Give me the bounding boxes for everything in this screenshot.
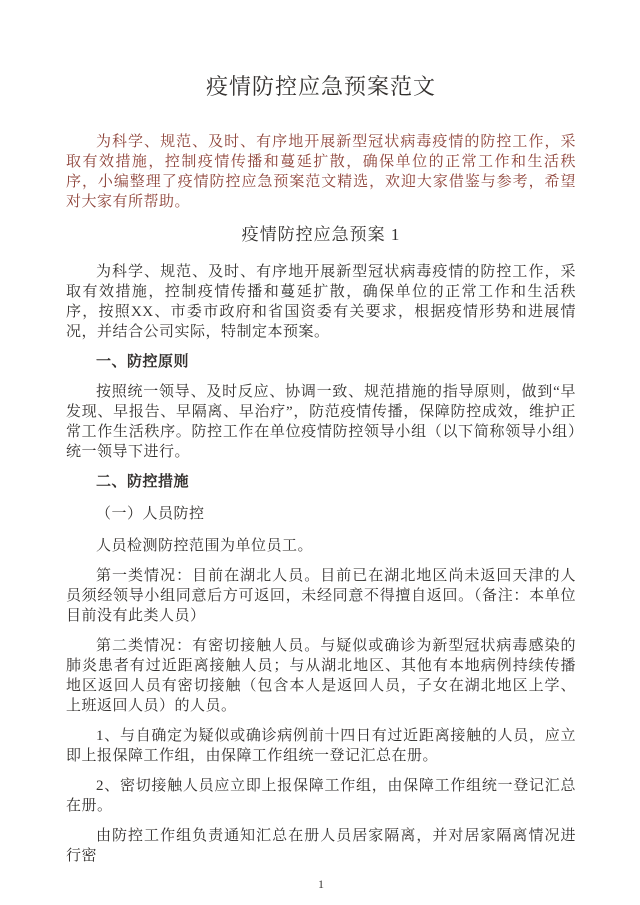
page-number: 1 — [66, 876, 576, 892]
paragraph-category-two: 第二类情况：有密切接触人员。与疑似或确诊为新型冠状病毒感染的肺炎患者有过近距离接… — [66, 636, 576, 716]
paragraph-item-2: 2、密切接触人员应立即上报保障工作组，由保障工作组统一登记汇总在册。 — [66, 776, 576, 816]
paragraph-category-one: 第一类情况：目前在湖北人员。目前已在湖北地区尚未返回天津的人员须经领导小组同意后… — [66, 566, 576, 626]
paragraph-scope: 人员检测防控范围为单位员工。 — [66, 536, 576, 556]
heading-prevention-measures: 二、防控措施 — [66, 472, 576, 492]
paragraph-quarantine-notice: 由防控工作组负责通知汇总在册人员居家隔离，并对居家隔离情况进行密 — [66, 826, 576, 866]
paragraph-principles: 按照统一领导、及时反应、协调一致、规范措施的指导原则，做到“早发现、早报告、早隔… — [66, 382, 576, 462]
paragraph-item-1: 1、与自确定为疑似或确诊病例前十四日有过近距离接触的人员，应立即上报保障工作组，… — [66, 726, 576, 766]
paragraph-purpose: 为科学、规范、及时、有序地开展新型冠状病毒疫情的防控工作，采取有效措施，控制疫情… — [66, 262, 576, 342]
section-title: 疫情防控应急预案 1 — [66, 222, 576, 248]
heading-prevention-principles: 一、防控原则 — [66, 352, 576, 372]
intro-paragraph: 为科学、规范、及时、有序地开展新型冠状病毒疫情的防控工作，采取有效措施，控制疫情… — [66, 132, 576, 212]
document-title: 疫情防控应急预案范文 — [66, 72, 576, 102]
subheading-personnel-control: （一）人员防控 — [66, 504, 576, 524]
document-page: 疫情防控应急预案范文 为科学、规范、及时、有序地开展新型冠状病毒疫情的防控工作，… — [0, 0, 640, 905]
